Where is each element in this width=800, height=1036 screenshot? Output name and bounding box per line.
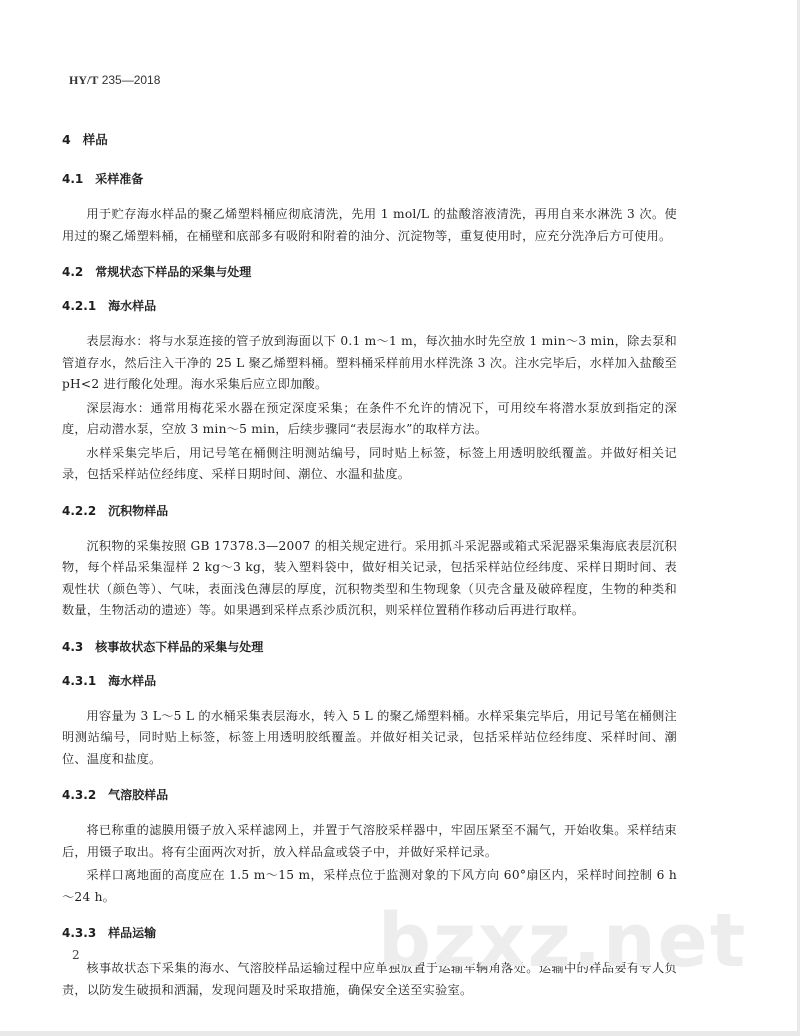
- document-body: 4样品 4.1采样准备 用于贮存海水样品的聚乙烯塑料桶应彻底清洗，先用 1 mo…: [62, 130, 677, 1003]
- paragraph: 用容量为 3 L～5 L 的水桶采集表层海水，转入 5 L 的聚乙烯塑料桶。水样…: [62, 706, 677, 771]
- paragraph: 表层海水：将与水泵连接的管子放到海面以下 0.1 m～1 m，每次抽水时先空放 …: [62, 331, 677, 396]
- section-4-heading: 4样品: [62, 130, 677, 148]
- section-4-3-heading: 4.3核事故状态下样品的采集与处理: [62, 638, 677, 655]
- paragraph: 沉积物的采集按照 GB 17378.3—2007 的相关规定进行。采用抓斗采泥器…: [62, 536, 677, 622]
- section-number: 4.3: [62, 640, 83, 654]
- section-title: 常规状态下样品的采集与处理: [95, 265, 251, 279]
- section-title: 气溶胶样品: [108, 788, 168, 802]
- section-title: 采样准备: [95, 172, 143, 186]
- section-title: 沉积物样品: [108, 504, 168, 518]
- section-title: 核事故状态下样品的采集与处理: [95, 640, 263, 654]
- section-number: 4.3.3: [62, 926, 96, 940]
- section-number: 4.1: [62, 172, 83, 186]
- section-number: 4.2: [62, 265, 83, 279]
- section-4-2-1-heading: 4.2.1海水样品: [62, 297, 677, 314]
- paragraph: 将已称重的滤膜用镊子放入采样滤网上，并置于气溶胶采样器中，牢固压紧至不漏气，开始…: [62, 820, 677, 863]
- code-number: 235—2018: [102, 73, 161, 87]
- paragraph: 用于贮存海水样品的聚乙烯塑料桶应彻底清洗，先用 1 mol/L 的盐酸溶液清洗，…: [62, 204, 677, 247]
- section-title: 海水样品: [108, 674, 156, 688]
- section-4-2-2-heading: 4.2.2沉积物样品: [62, 502, 677, 519]
- section-title: 样品: [83, 132, 108, 147]
- paragraph: 水样采集完毕后，用记号笔在桶侧注明测站编号，同时贴上标签，标签上用透明胶纸覆盖。…: [62, 443, 677, 486]
- code-prefix: HY/T: [69, 73, 98, 87]
- paragraph: 深层海水：通常用梅花采水器在预定深度采集；在条件不允许的情况下，可用绞车将潜水泵…: [62, 398, 677, 441]
- document-page: HY/T 235—2018 4样品 4.1采样准备 用于贮存海水样品的聚乙烯塑料…: [0, 0, 797, 1031]
- section-4-3-2-heading: 4.3.2气溶胶样品: [62, 786, 677, 803]
- section-number: 4.3.1: [62, 674, 96, 688]
- standard-code-header: HY/T 235—2018: [69, 73, 160, 88]
- section-number: 4: [62, 132, 71, 147]
- section-number: 4.2.1: [62, 299, 96, 313]
- section-4-1-heading: 4.1采样准备: [62, 170, 677, 187]
- section-number: 4.3.2: [62, 788, 96, 802]
- section-4-3-1-heading: 4.3.1海水样品: [62, 672, 677, 689]
- page-number: 2: [72, 948, 80, 962]
- section-4-2-heading: 4.2常规状态下样品的采集与处理: [62, 263, 677, 280]
- section-title: 样品运输: [108, 926, 156, 940]
- section-title: 海水样品: [108, 299, 156, 313]
- section-number: 4.2.2: [62, 504, 96, 518]
- watermark: bzxz.net: [378, 898, 747, 984]
